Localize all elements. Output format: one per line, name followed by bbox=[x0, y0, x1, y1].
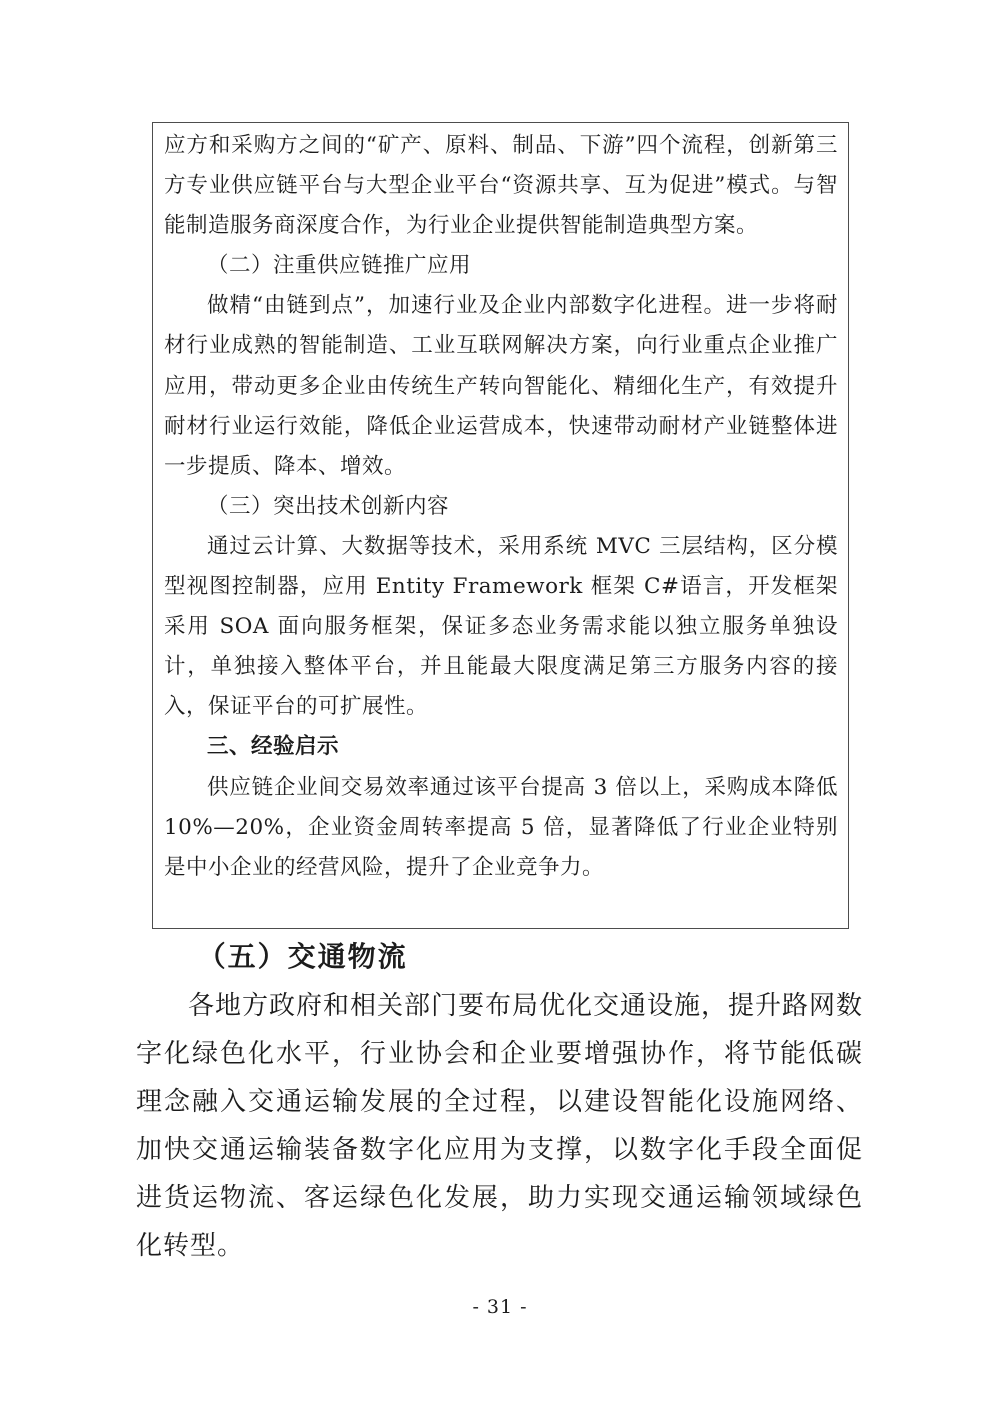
boxed-heading-experience: 三、经验启示 bbox=[164, 727, 838, 767]
section-transport-logistics: （五）交通物流 各地方政府和相关部门要布局优化交通设施，提升路网数字化绿色化水平… bbox=[136, 932, 863, 1270]
page-number: - 31 - bbox=[0, 1296, 1000, 1318]
boxed-paragraph-3: 通过云计算、大数据等技术，采用系统 MVC 三层结构，区分模型视图控制器，应用 … bbox=[164, 527, 838, 727]
case-study-box: 应方和采购方之间的“矿产、原料、制品、下游”四个流程，创新第三方专业供应链平台与… bbox=[152, 122, 849, 929]
boxed-paragraph-experience: 供应链企业间交易效率通过该平台提高 3 倍以上，采购成本降低 10%—20%，企… bbox=[164, 768, 838, 888]
boxed-subheading-2: （二）注重供应链推广应用 bbox=[164, 246, 838, 286]
boxed-paragraph-continuation: 应方和采购方之间的“矿产、原料、制品、下游”四个流程，创新第三方专业供应链平台与… bbox=[164, 126, 838, 246]
section-heading: （五）交通物流 bbox=[136, 932, 863, 982]
boxed-subheading-3: （三）突出技术创新内容 bbox=[164, 487, 838, 527]
boxed-paragraph-2: 做精“由链到点”，加速行业及企业内部数字化进程。进一步将耐材行业成熟的智能制造、… bbox=[164, 286, 838, 486]
document-page: 应方和采购方之间的“矿产、原料、制品、下游”四个流程，创新第三方专业供应链平台与… bbox=[0, 0, 1000, 1414]
section-paragraph: 各地方政府和相关部门要布局优化交通设施，提升路网数字化绿色化水平，行业协会和企业… bbox=[136, 982, 863, 1270]
